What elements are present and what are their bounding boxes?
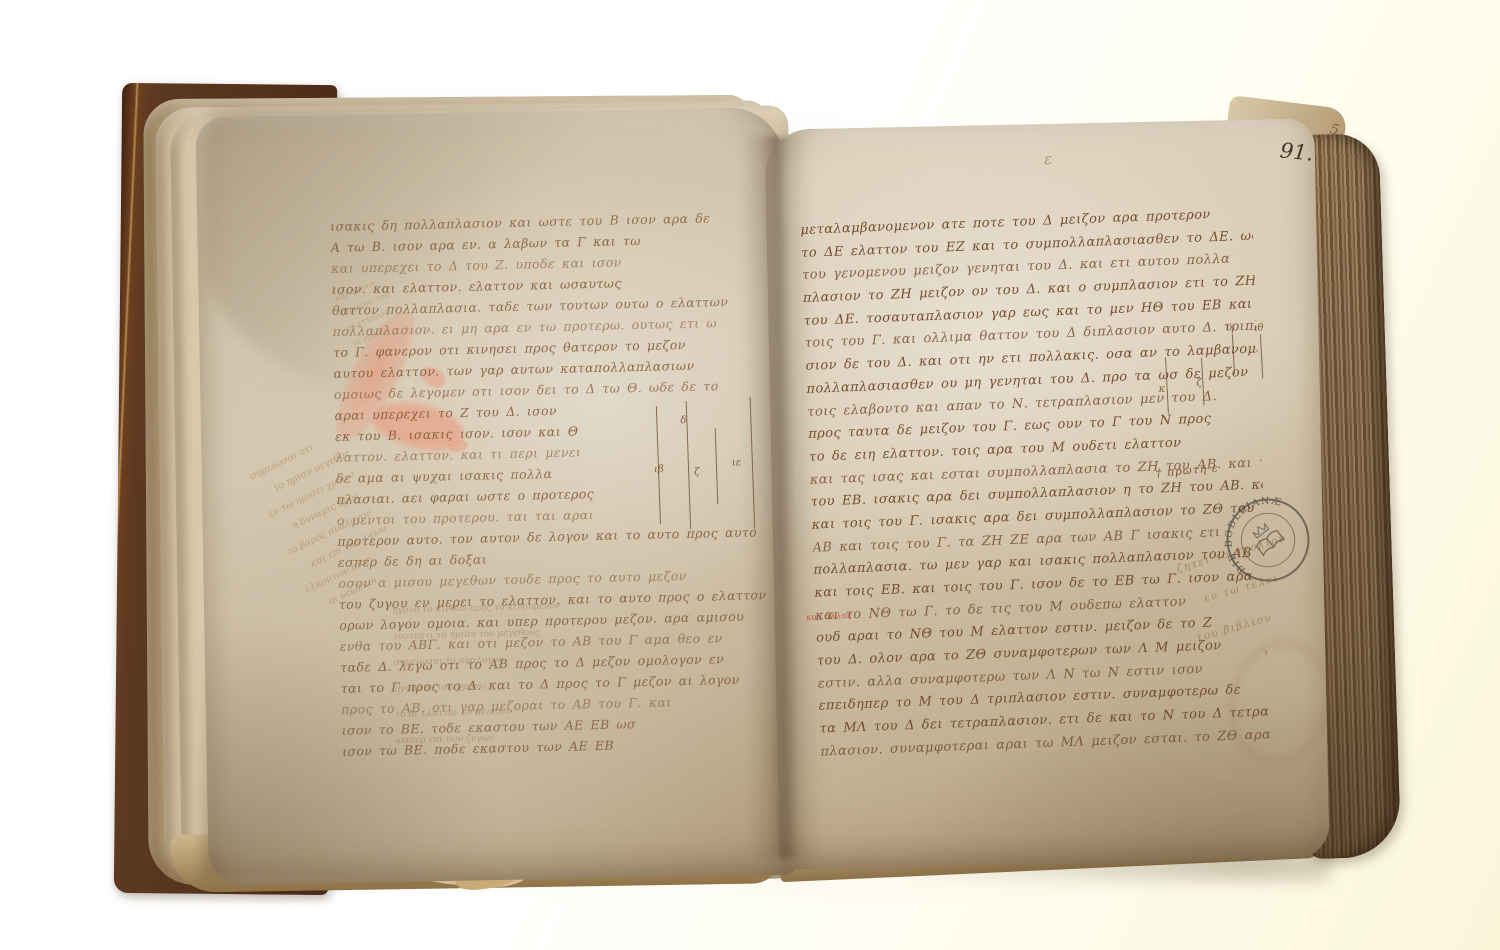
diagram-segment <box>715 428 719 504</box>
right-page-text-block: μεταλαμβανομενον ατε ποτε του Δ μειζον α… <box>800 203 1273 764</box>
diagram-segment <box>686 401 691 529</box>
diagram-label: ιε <box>732 457 742 468</box>
open-book-icon <box>1256 529 1284 555</box>
diagram-label: ιθ <box>1253 322 1264 334</box>
line-segment-diagram-right: κ ζ ιε ιθ <box>1156 326 1311 424</box>
diagram-label: ζ <box>1196 378 1202 389</box>
diagram-segment <box>750 397 756 529</box>
diagram-label: δ <box>680 415 686 426</box>
diagram-segment <box>1232 334 1235 374</box>
diagram-segment <box>1260 334 1263 378</box>
diagram-label: ιβ <box>654 464 664 475</box>
manuscript-photo: και τουτοσημειον τουελαττονοςμεγεθους ισ… <box>0 0 1500 950</box>
folio-number: 91. <box>1279 138 1315 165</box>
gloss-line: ωσπερ επι των ζυγων <box>396 723 565 754</box>
quire-mark: ε <box>1043 150 1052 169</box>
diagram-label: κ <box>1158 384 1165 395</box>
diagram-label: ζ <box>694 467 700 478</box>
line-segment-diagram-left: δ ιβ ζ ιε <box>646 394 791 541</box>
diagram-label: ιε <box>1225 322 1235 333</box>
crown-icon <box>1252 522 1269 538</box>
diagram-segment <box>1165 357 1169 413</box>
interlinear-glosses: ηγουν το κινουν προς το κινουμενοντουτεσ… <box>392 593 564 754</box>
